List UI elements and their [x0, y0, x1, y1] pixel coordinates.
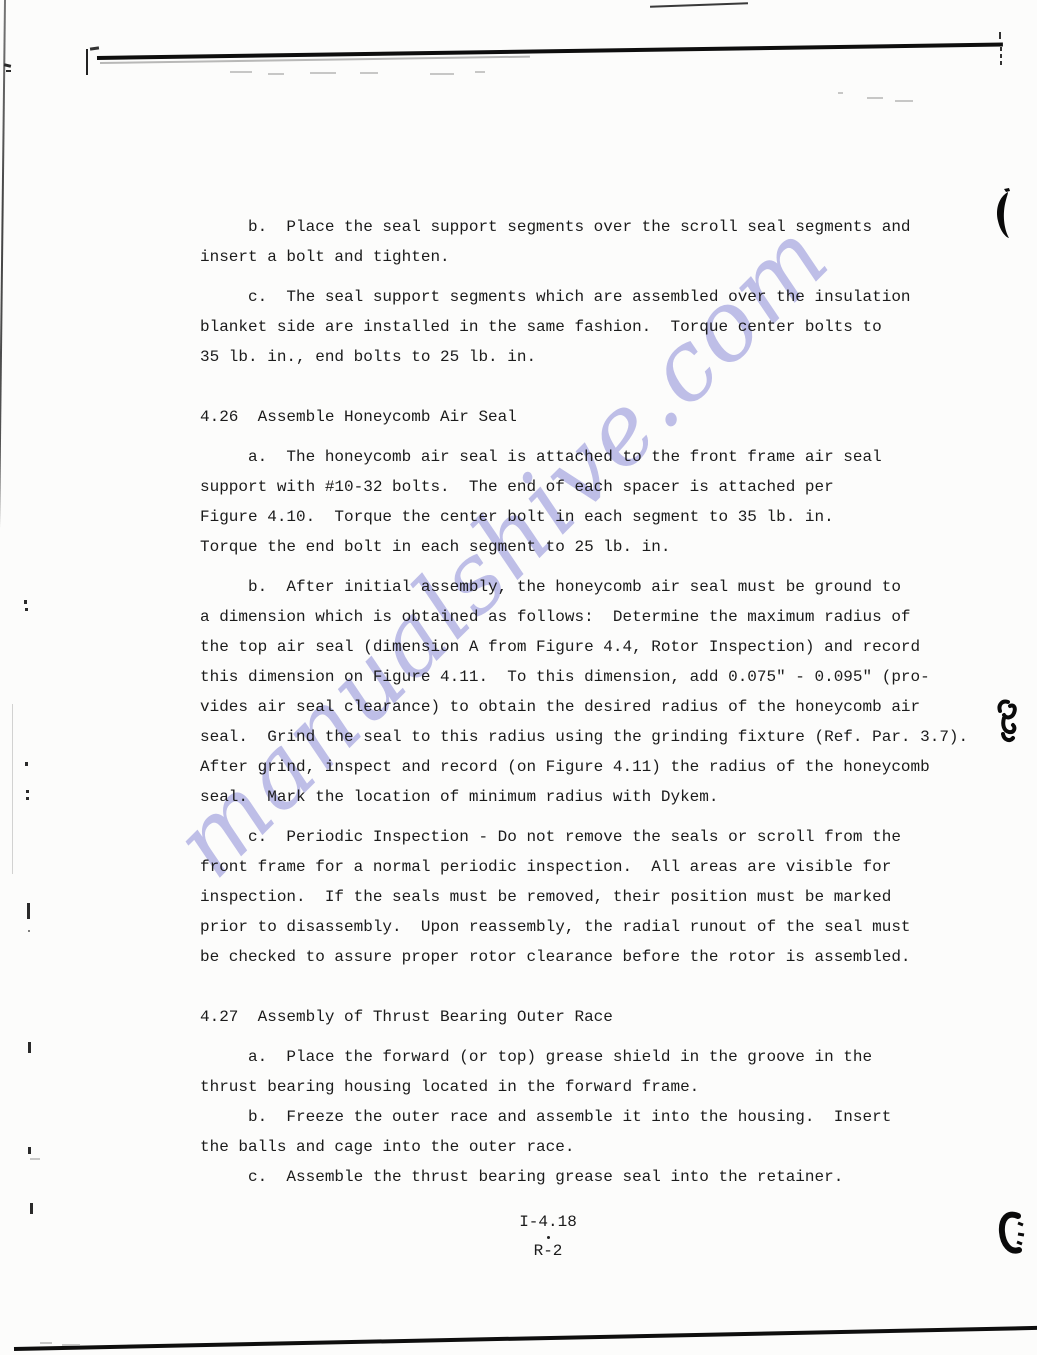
text-line: support with #10-32 bolts. The end of ea…: [200, 472, 1010, 502]
paragraph: c. Assemble the thrust bearing grease se…: [200, 1162, 1010, 1192]
text-line: Figure 4.10. Torque the center bolt in e…: [200, 502, 1010, 532]
text-line: be checked to assure proper rotor cleara…: [200, 942, 1010, 972]
text-line: c. Periodic Inspection - Do not remove t…: [200, 822, 1010, 852]
smudge-mark: [895, 100, 913, 102]
text-line: front frame for a normal periodic inspec…: [200, 852, 1010, 882]
text-line: seal. Mark the location of minimum radiu…: [200, 782, 1010, 812]
margin-tick: [25, 762, 28, 766]
smudge-mark: [310, 72, 336, 74]
top-rule-left-bracket: [86, 49, 88, 75]
smudge-mark: [62, 1344, 80, 1346]
text-line: c. Assemble the thrust bearing grease se…: [200, 1162, 1010, 1192]
top-rule-left-nub: [90, 46, 99, 50]
right-edge-c-blob: [996, 1208, 1026, 1256]
smudge-mark: [268, 73, 284, 75]
paragraph: c. Periodic Inspection - Do not remove t…: [200, 822, 1010, 972]
margin-tick: [26, 790, 29, 793]
text-line: inspection. If the seals must be removed…: [200, 882, 1010, 912]
margin-tick: [28, 1147, 31, 1154]
text-line: seal. Grind the seal to this radius usin…: [200, 722, 1010, 752]
text-line: blanket side are installed in the same f…: [200, 312, 1010, 342]
bottom-rule-line: [14, 1326, 1037, 1351]
document-body: b. Place the seal support segments over …: [200, 212, 1010, 1192]
top-rule-echo-line: [100, 56, 530, 64]
text-line: b. Freeze the outer race and assemble it…: [200, 1102, 1010, 1132]
text-line: 35 lb. in., end bolts to 25 lb. in.: [200, 342, 1010, 372]
revision-number: R-2: [510, 1242, 586, 1260]
smudge-mark: [40, 1342, 52, 1344]
text-line: After grind, inspect and record (on Figu…: [200, 752, 1010, 782]
paragraph: b. After initial assembly, the honeycomb…: [200, 572, 1010, 812]
paragraph: a. Place the forward (or top) grease shi…: [200, 1042, 1010, 1102]
smudge-mark: [838, 92, 843, 94]
paragraph: b. Place the seal support segments over …: [200, 212, 1010, 272]
margin-tick: [4, 63, 12, 68]
left-edge-line-faint: [12, 704, 13, 874]
text-line: c. The seal support segments which are a…: [200, 282, 1010, 312]
smudge-mark: [360, 72, 378, 74]
text-line: a. Place the forward (or top) grease shi…: [200, 1042, 1010, 1072]
margin-tick: [28, 1042, 31, 1053]
margin-tick: [27, 903, 30, 919]
text-line: prior to disassembly. Upon reassembly, t…: [200, 912, 1010, 942]
margin-tick: [6, 70, 11, 72]
footer-dot-artifact: [547, 1236, 550, 1239]
scanned-manual-page: { "watermark": { "text": "manualshive.co…: [0, 0, 1037, 1355]
margin-tick: [28, 930, 30, 932]
section-heading: 4.27 Assembly of Thrust Bearing Outer Ra…: [200, 1002, 1010, 1032]
margin-tick: [25, 608, 28, 611]
page-number: I-4.18: [510, 1212, 586, 1232]
top-rule-line: [97, 43, 1003, 60]
paragraph: b. Freeze the outer race and assemble it…: [200, 1102, 1010, 1162]
paragraph: a. The honeycomb air seal is attached to…: [200, 442, 1010, 562]
text-line: insert a bolt and tighten.: [200, 242, 1010, 272]
top-rule-right-dashed-tick: [1000, 47, 1002, 68]
text-line: the balls and cage into the outer race.: [200, 1132, 1010, 1162]
text-line: b. Place the seal support segments over …: [200, 212, 1010, 242]
paragraph: c. The seal support segments which are a…: [200, 282, 1010, 372]
text-line: 4.27 Assembly of Thrust Bearing Outer Ra…: [200, 1002, 1010, 1032]
top-rule-right-tick: [999, 32, 1001, 39]
margin-tick: [24, 600, 27, 604]
top-right-short-line: [650, 2, 748, 7]
text-line: a. The honeycomb air seal is attached to…: [200, 442, 1010, 472]
margin-tick: [30, 1158, 40, 1160]
text-line: 4.26 Assemble Honeycomb Air Seal: [200, 402, 1010, 432]
margin-tick: [26, 797, 29, 800]
text-line: b. After initial assembly, the honeycomb…: [200, 572, 1010, 602]
smudge-mark: [230, 71, 252, 73]
text-line: a dimension which is obtained as follows…: [200, 602, 1010, 632]
text-line: vides air seal clearance) to obtain the …: [200, 692, 1010, 722]
section-heading: 4.26 Assemble Honeycomb Air Seal: [200, 402, 1010, 432]
smudge-mark: [867, 97, 883, 99]
text-line: Torque the end bolt in each segment to 2…: [200, 532, 1010, 562]
smudge-mark: [430, 73, 454, 75]
text-line: thrust bearing housing located in the fo…: [200, 1072, 1010, 1102]
left-edge-line: [0, 0, 6, 706]
margin-tick: [30, 1203, 33, 1214]
smudge-mark: [475, 71, 485, 73]
page-footer: I-4.18 R-2: [510, 1212, 586, 1260]
text-line: the top air seal (dimension A from Figur…: [200, 632, 1010, 662]
text-line: this dimension on Figure 4.11. To this d…: [200, 662, 1010, 692]
